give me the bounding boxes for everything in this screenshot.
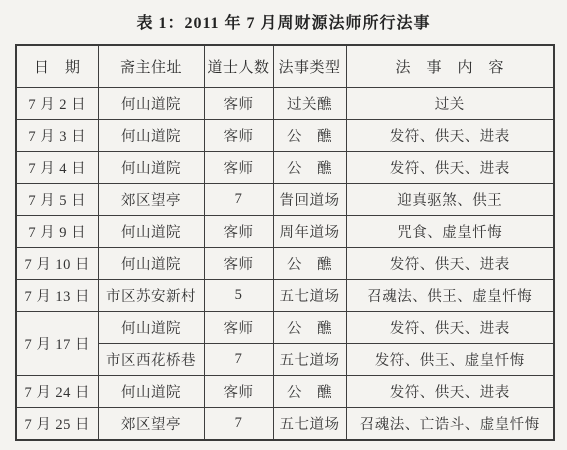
table-row: 7 月 25 日郊区望亭7五七道场召魂法、亡诰斗、虚皇忏悔	[16, 408, 554, 441]
cell-type: 周年道场	[273, 216, 346, 248]
cell-address: 何山道院	[98, 248, 204, 280]
cell-address: 市区苏安新村	[98, 280, 204, 312]
cell-content: 召魂法、供王、虚皇忏悔	[346, 280, 554, 312]
cell-content: 发符、供天、进表	[346, 376, 554, 408]
cell-content: 发符、供天、进表	[346, 248, 554, 280]
table-row: 7 月 4 日何山道院客师公 醮发符、供天、进表	[16, 152, 554, 184]
cell-date: 7 月 17 日	[16, 312, 98, 376]
cell-address: 市区西花桥巷	[98, 344, 204, 376]
cell-type: 五七道场	[273, 280, 346, 312]
table-row: 7 月 13 日市区苏安新村5五七道场召魂法、供王、虚皇忏悔	[16, 280, 554, 312]
cell-daoists: 客师	[204, 312, 273, 344]
cell-type: 眚回道场	[273, 184, 346, 216]
cell-content: 召魂法、亡诰斗、虚皇忏悔	[346, 408, 554, 441]
table-title: 表 1：2011 年 7 月周财源法师所行法事	[0, 10, 567, 33]
cell-type: 公 醮	[273, 120, 346, 152]
cell-daoists: 7	[204, 344, 273, 376]
table-body: 7 月 2 日何山道院客师过关醮过关7 月 3 日何山道院客师公 醮发符、供天、…	[16, 88, 554, 441]
cell-content: 发符、供天、进表	[346, 120, 554, 152]
table-row: 7 月 24 日何山道院客师公 醮发符、供天、进表	[16, 376, 554, 408]
cell-type: 公 醮	[273, 312, 346, 344]
table-row: 7 月 3 日何山道院客师公 醮发符、供天、进表	[16, 120, 554, 152]
cell-address: 何山道院	[98, 376, 204, 408]
cell-type: 公 醮	[273, 248, 346, 280]
header-date: 日 期	[16, 45, 98, 88]
table-row: 7 月 10 日何山道院客师公 醮发符、供天、进表	[16, 248, 554, 280]
cell-content: 迎真驱煞、供王	[346, 184, 554, 216]
table-row: 7 月 9 日何山道院客师周年道场咒食、虚皇忏悔	[16, 216, 554, 248]
cell-date: 7 月 13 日	[16, 280, 98, 312]
cell-content: 发符、供王、虚皇忏悔	[346, 344, 554, 376]
cell-content: 发符、供天、进表	[346, 152, 554, 184]
header-row: 日 期 斋主住址 道士人数 法事类型 法 事 内 容	[16, 45, 554, 88]
ritual-table: 日 期 斋主住址 道士人数 法事类型 法 事 内 容 7 月 2 日何山道院客师…	[15, 44, 555, 441]
header-type: 法事类型	[273, 45, 346, 88]
table-row: 7 月 17 日何山道院客师公 醮发符、供天、进表	[16, 312, 554, 344]
cell-content: 发符、供天、进表	[346, 312, 554, 344]
cell-daoists: 5	[204, 280, 273, 312]
cell-daoists: 客师	[204, 376, 273, 408]
header-address: 斋主住址	[98, 45, 204, 88]
cell-date: 7 月 5 日	[16, 184, 98, 216]
cell-date: 7 月 10 日	[16, 248, 98, 280]
cell-date: 7 月 25 日	[16, 408, 98, 441]
cell-content: 咒食、虚皇忏悔	[346, 216, 554, 248]
table-row: 7 月 2 日何山道院客师过关醮过关	[16, 88, 554, 120]
cell-date: 7 月 9 日	[16, 216, 98, 248]
cell-date: 7 月 2 日	[16, 88, 98, 120]
cell-type: 公 醮	[273, 376, 346, 408]
cell-daoists: 7	[204, 184, 273, 216]
cell-type: 五七道场	[273, 408, 346, 441]
cell-daoists: 客师	[204, 216, 273, 248]
header-count: 道士人数	[204, 45, 273, 88]
cell-date: 7 月 24 日	[16, 376, 98, 408]
cell-daoists: 7	[204, 408, 273, 441]
document-page: 表 1：2011 年 7 月周财源法师所行法事 日 期 斋主住址 道士人数 法事…	[0, 0, 567, 450]
cell-address: 何山道院	[98, 312, 204, 344]
cell-content: 过关	[346, 88, 554, 120]
cell-address: 何山道院	[98, 120, 204, 152]
cell-daoists: 客师	[204, 88, 273, 120]
header-content: 法 事 内 容	[346, 45, 554, 88]
cell-address: 何山道院	[98, 152, 204, 184]
cell-address: 郊区望亭	[98, 408, 204, 441]
table-row: 7 月 5 日郊区望亭7眚回道场迎真驱煞、供王	[16, 184, 554, 216]
cell-daoists: 客师	[204, 152, 273, 184]
cell-date: 7 月 3 日	[16, 120, 98, 152]
cell-type: 五七道场	[273, 344, 346, 376]
cell-date: 7 月 4 日	[16, 152, 98, 184]
cell-address: 何山道院	[98, 216, 204, 248]
cell-address: 何山道院	[98, 88, 204, 120]
cell-type: 公 醮	[273, 152, 346, 184]
cell-address: 郊区望亭	[98, 184, 204, 216]
cell-daoists: 客师	[204, 120, 273, 152]
cell-type: 过关醮	[273, 88, 346, 120]
cell-daoists: 客师	[204, 248, 273, 280]
